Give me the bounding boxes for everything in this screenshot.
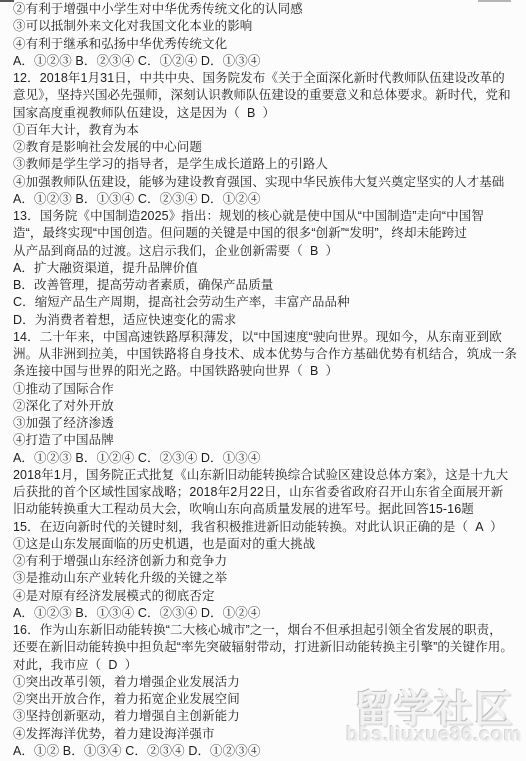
text-line: ③可以抵制外来文化对我国文化本业的影响 xyxy=(13,18,526,35)
text-line: 16．作为山东新旧动能转换“二大核心城市”之一，烟台不但承担起引领全省发展的职责… xyxy=(13,622,526,639)
watermark: 留学社区 bbs.liuxue86.com xyxy=(346,678,522,747)
text-line: ④打造了中国品牌 xyxy=(13,432,526,449)
text-line: 14．二十年来，中国高速铁路厚积薄发，以“中国速度“驶向世界。现如今，从东南亚到… xyxy=(13,329,526,346)
text-line: A．①②③ B．①②④ C．②③④ D．①③④ xyxy=(13,450,526,467)
top-right-edge-artifact xyxy=(478,0,511,2)
text-line: ②有利于增强中小学生对中华优秀传统文化的认同感 xyxy=(13,1,526,18)
text-line: 洲。从非洲到拉美，中国铁路将自身技术、成本优势与合作方基础优势有机结合，筑成一条 xyxy=(13,346,526,363)
text-line: ①百年大计，教育为本 xyxy=(13,122,526,139)
text-line: ①这是山东发展面临的历史机遇，也是面对的重大挑战 xyxy=(13,536,526,553)
text-line: A．①②③ B．②③④ C．①②④ D．①③④ xyxy=(13,53,526,70)
text-line: A．扩大融资渠道，提升品牌价值 xyxy=(13,260,526,277)
text-line: 后获批的首个区域性国家战略；2018年2月22日，山东省委省政府召开山东省全面展… xyxy=(13,484,526,501)
text-line: 对此，我市应（ D ） xyxy=(13,657,526,674)
text-line: D．为消费者着想，适应快速变化的需求 xyxy=(13,312,526,329)
text-line: ③教师是学生学习的指导者，是学生成长道路上的引路人 xyxy=(13,156,526,173)
text-line: 造“，最终实现“中国创造。但问题的关键是中国的很多“创新”“发明”，终却未能跨过 xyxy=(13,225,526,242)
text-line: A．①②③ B．①③④ C．②③④ D．①②④ xyxy=(13,605,526,622)
text-line: ④加强教师队伍建设，能够为建设教育强国、实现中华民族伟大复兴奠定坚实的人才基础 xyxy=(13,174,526,191)
watermark-url: bbs.liuxue86.com xyxy=(346,724,522,747)
document-lines: ②有利于增强中小学生对中华优秀传统文化的认同感③可以抵制外来文化对我国文化本业的… xyxy=(13,1,526,760)
text-line: 2018年1月，国务院正式批复《山东新旧动能转换综合试验区建设总体方案》，这是十… xyxy=(13,467,526,484)
text-line: ④是对原有经济发展模式的彻底否定 xyxy=(13,588,526,605)
text-line: B．改善管理，提高劳动者素质，确保产品质量 xyxy=(13,277,526,294)
text-line: ②深化了对外开放 xyxy=(13,398,526,415)
text-line: 13．国务院《中国制造2025》指出：规划的核心就是使中国从“中国制造”走向“中… xyxy=(13,208,526,225)
text-line: C．缩短产品生产周期，提高社会劳动生产率，丰富产品品种 xyxy=(13,294,526,311)
top-left-edge-artifact xyxy=(0,0,14,2)
text-line: 15．在迈向新时代的关键时刻，我省积极推进新旧动能转换。对此认识正确的是（ A … xyxy=(13,519,526,536)
text-line: 12．2018年1月31日，中共中央、国务院发布《关于全面深化新时代教师队伍建设… xyxy=(13,70,526,87)
text-line: ③加强了经济渗透 xyxy=(13,415,526,432)
text-line: ②教育是影响社会发展的中心问题 xyxy=(13,139,526,156)
text-line: 还要在新旧动能转换中担负起“率先突破辐射带动，打进新旧动能转换主引擎”的关键作用… xyxy=(13,639,526,656)
text-line: ②有利于增强山东经济创新力和竞争力 xyxy=(13,553,526,570)
text-line: ①推动了国际合作 xyxy=(13,381,526,398)
text-line: 条连接中国与世界的阳光之路。中国铁路驶向世界（ B ） xyxy=(13,363,526,380)
text-line: 从产品到商品的过渡。这启示我们，企业创新需要（ B ） xyxy=(13,243,526,260)
text-line: ④有利于继承和弘扬中华优秀传统文化 xyxy=(13,36,526,53)
text-line: 国家高度重视教师队伍建设，这是因为（ B ） xyxy=(13,105,526,122)
text-line: 意见》，坚持兴国必先强师，深刻认识教师队伍建设的重要意义和总体要求。新时代，党和 xyxy=(13,87,526,104)
text-line: ③是推动山东产业转化升级的关键之举 xyxy=(13,570,526,587)
text-line: A．①②③ B．①③④ C．②③④ D．①②④ xyxy=(13,191,526,208)
text-line: 旧动能转换重大工程动员大会，吹响山东向高质量发展的进军号。据此回答15-16题 xyxy=(13,501,526,518)
